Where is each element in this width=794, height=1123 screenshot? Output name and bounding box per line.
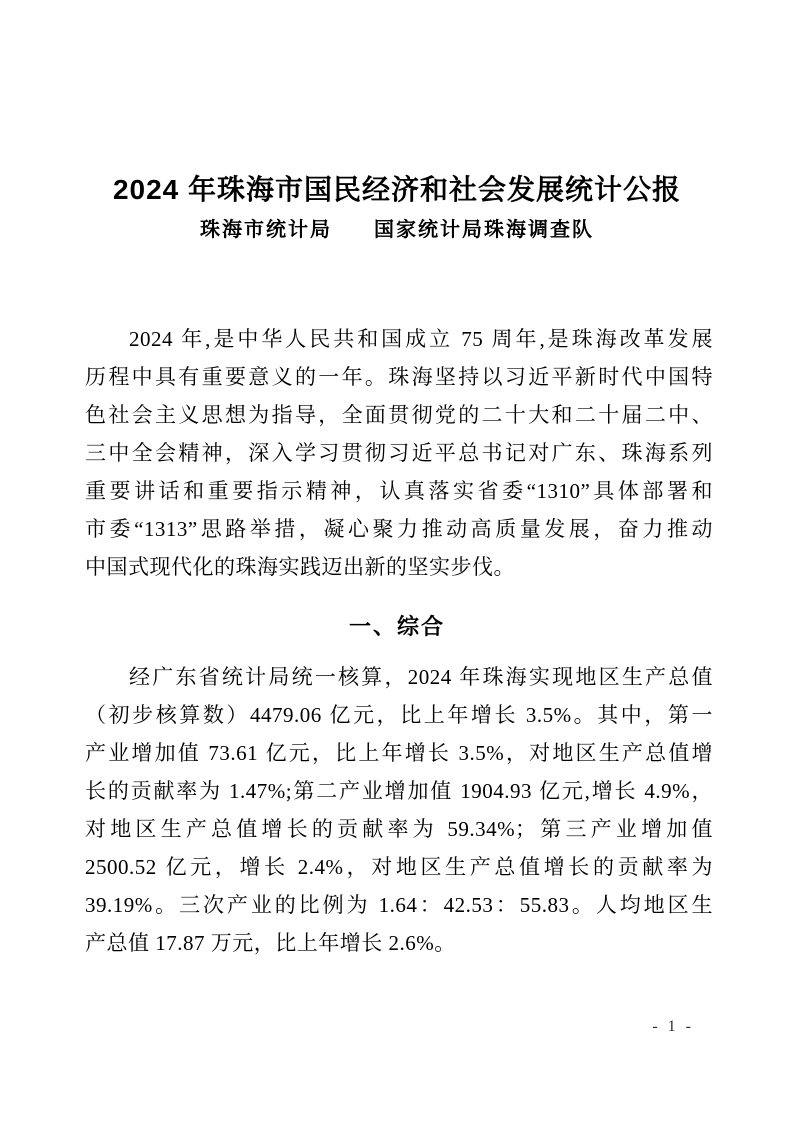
body-line: 三中全会精神，深入学习贯彻习近平总书记对广东、珠海系列 <box>85 434 713 472</box>
body-line: 长的贡献率为 1.47%;第二产业增加值 1904.93 亿元,增长 4.9%， <box>85 772 713 810</box>
body-line: 产总值 17.87 万元，比上年增长 2.6%。 <box>85 924 713 962</box>
body-line: 重要讲话和重要指示精神，认真落实省委“1310”具体部署和 <box>85 472 713 510</box>
body-line: 2024 年,是中华人民共和国成立 75 周年,是珠海改革发展 <box>85 320 713 358</box>
document-subtitle: 珠海市统计局国家统计局珠海调查队 <box>0 213 794 242</box>
body-line: 中国式现代化的珠海实践迈出新的坚实步伐。 <box>85 548 713 586</box>
body-line: 对地区生产总值增长的贡献率为 59.34%；第三产业增加值 <box>85 810 713 848</box>
agency-right: 国家统计局珠海调查队 <box>374 219 594 241</box>
section-heading-overview: 一、综合 <box>0 610 794 641</box>
body-line: 历程中具有重要意义的一年。珠海坚持以习近平新时代中国特 <box>85 358 713 396</box>
page-number: - 1 - <box>652 1018 694 1036</box>
body-line: 2500.52 亿元，增长 2.4%，对地区生产总值增长的贡献率为 <box>85 848 713 886</box>
intro-paragraph: 2024 年,是中华人民共和国成立 75 周年,是珠海改革发展 历程中具有重要意… <box>85 320 713 586</box>
document-title: 2024 年珠海市国民经济和社会发展统计公报 <box>0 168 794 208</box>
body-line: 市委“1313”思路举措，凝心聚力推动高质量发展，奋力推动 <box>85 510 713 548</box>
body-line: 产业增加值 73.61 亿元，比上年增长 3.5%，对地区生产总值增 <box>85 734 713 772</box>
gdp-paragraph: 经广东省统计局统一核算，2024 年珠海实现地区生产总值 （初步核算数）4479… <box>85 658 713 962</box>
body-line: 经广东省统计局统一核算，2024 年珠海实现地区生产总值 <box>85 658 713 696</box>
body-line: 色社会主义思想为指导，全面贯彻党的二十大和二十届二中、 <box>85 396 713 434</box>
agency-left: 珠海市统计局 <box>200 219 332 241</box>
body-line: 39.19%。三次产业的比例为 1.64：42.53：55.83。人均地区生 <box>85 886 713 924</box>
body-line: （初步核算数）4479.06 亿元，比上年增长 3.5%。其中，第一 <box>85 696 713 734</box>
document-page: 2024 年珠海市国民经济和社会发展统计公报 珠海市统计局国家统计局珠海调查队 … <box>0 0 794 1123</box>
